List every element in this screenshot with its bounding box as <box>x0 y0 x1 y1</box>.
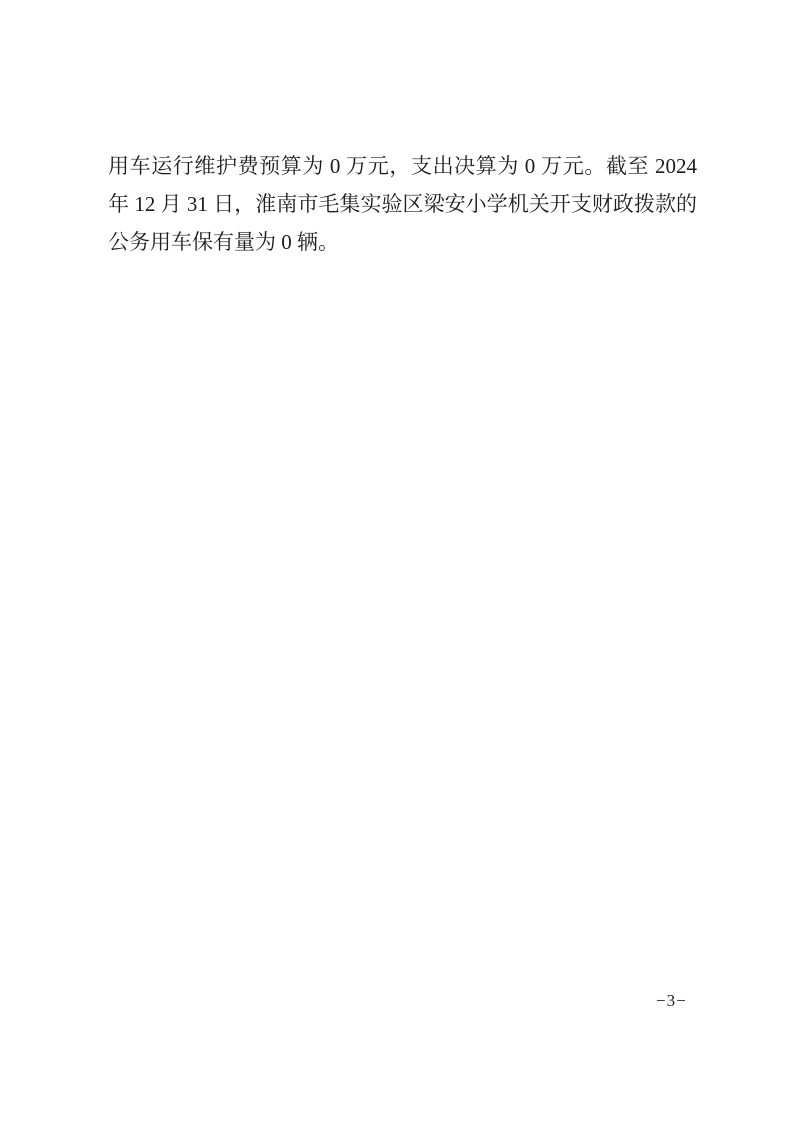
page-number: −3− <box>656 991 687 1011</box>
body-paragraph: 用车运行维护费预算为 0 万元，支出决算为 0 万元。截至 2024 年 12 … <box>108 147 697 261</box>
paragraph-line-3: 公务用车保有量为 0 辆。 <box>108 223 697 261</box>
paragraph-line-1: 用车运行维护费预算为 0 万元，支出决算为 0 万元。截至 2024 <box>108 147 697 185</box>
paragraph-line-2: 年 12 月 31 日，淮南市毛集实验区梁安小学机关开支财政拨款的 <box>108 185 697 223</box>
document-page: 用车运行维护费预算为 0 万元，支出决算为 0 万元。截至 2024 年 12 … <box>0 0 793 1122</box>
